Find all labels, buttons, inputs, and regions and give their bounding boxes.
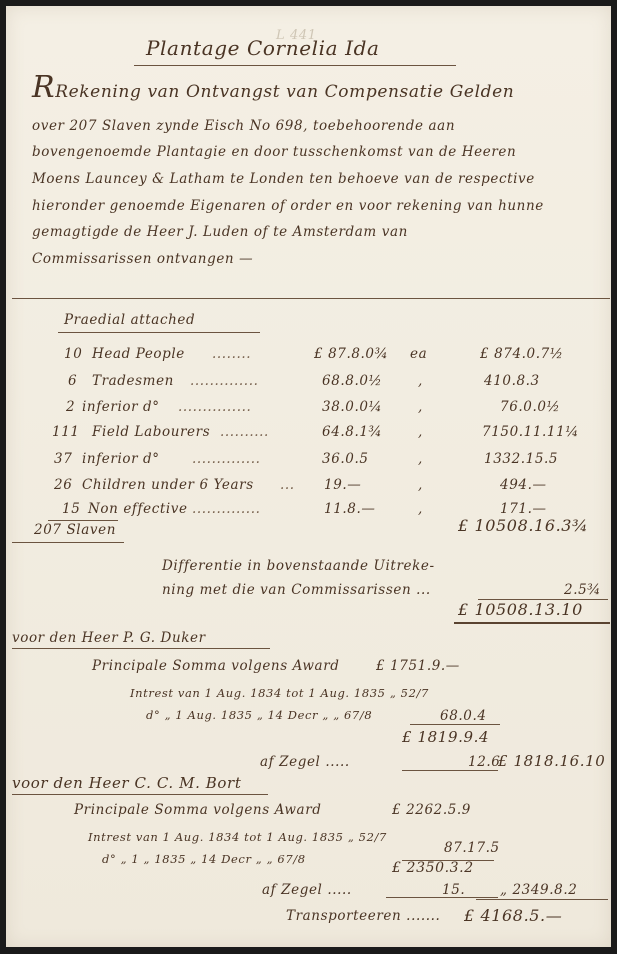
principal-label: Principale Somma volgens Award	[74, 802, 322, 818]
row-dots: ...	[280, 477, 295, 493]
row-dots: ..............	[190, 373, 258, 389]
account-net: £ 1818.16.10	[498, 752, 605, 770]
transport-label: Transporteeren .......	[286, 908, 440, 924]
difference-line-2: ning met die van Commissarissen ...	[162, 582, 431, 598]
interest-value: 87.17.5	[444, 840, 500, 856]
deduct-underline	[402, 770, 498, 771]
row-rate: 36.0.5	[322, 451, 369, 467]
account-net: „ 2349.8.2	[500, 882, 577, 898]
difference-value: 2.5¾	[564, 582, 601, 598]
intro-line-1: RRekening van Ontvangst van Compensatie …	[32, 70, 514, 105]
row-count: 26	[54, 477, 72, 493]
row-count: 37	[54, 451, 72, 467]
account-heading-duker: voor den Heer P. G. Duker	[12, 630, 206, 646]
row-total: 171.—	[500, 501, 547, 517]
section-heading-underline	[58, 332, 260, 333]
row-total: 7150.11.11¼	[482, 424, 579, 440]
deduct-label: af Zegel .....	[262, 882, 352, 898]
title-underline	[134, 65, 456, 66]
row-count: 111	[52, 424, 80, 440]
row-rate: 11.8.—	[324, 501, 375, 517]
intro-line-7: Commissarissen ontvangen —	[32, 251, 253, 267]
principal-value: £ 2262.5.9	[392, 802, 471, 818]
intro-line-2: over 207 Slaven zynde Eisch No 698, toeb…	[32, 118, 455, 134]
transport-value: £ 4168.5.—	[464, 906, 562, 925]
row-total: 494.—	[500, 477, 547, 493]
row-label: Field Labourers	[92, 424, 210, 440]
account-heading-bort: voor den Heer C. C. M. Bort	[12, 774, 241, 792]
document-title: Plantage Cornelia Ida	[146, 36, 380, 60]
deduct-value: 15.	[442, 882, 465, 898]
row-count: 6	[68, 373, 77, 389]
interest-value: 68.0.4	[440, 708, 487, 724]
row-dots: ..........	[220, 424, 269, 440]
row-rate: 64.8.1¾	[322, 424, 382, 440]
row-total: 410.8.3	[484, 373, 540, 389]
net-underline	[476, 899, 608, 900]
row-count: 2	[66, 399, 75, 415]
account-sum: £ 2350.3.2	[392, 860, 474, 876]
principal-value: £ 1751.9.—	[376, 658, 460, 674]
row-count: 15	[62, 501, 80, 517]
row-sep: ,	[418, 501, 423, 517]
row-rate: £ 87.8.0¾	[314, 346, 388, 362]
row-total: 1332.15.5	[484, 451, 558, 467]
row-rate: 38.0.0¼	[322, 399, 382, 415]
row-label: inferior d°	[82, 399, 160, 415]
intro-line-4: Moens Launcey & Latham te Londen ten beh…	[32, 171, 535, 187]
account-heading-underline	[12, 648, 270, 649]
intro-line-6: gemagtigde de Heer J. Luden of te Amster…	[32, 224, 408, 240]
row-label: Non effective	[88, 501, 188, 517]
row-dots: ..............	[192, 501, 260, 517]
row-label: Children under 6 Years	[82, 477, 254, 493]
deduct-label: af Zegel .....	[260, 754, 350, 770]
interest-line-2: d° „ 1 „ 1835 „ 14 Decr „ „ 67/8	[102, 852, 306, 866]
grand-total-double-rule	[454, 622, 610, 624]
row-sep: ,	[418, 424, 423, 440]
row-dots: ........	[212, 346, 251, 362]
deduct-value: 12.6	[468, 754, 500, 770]
deduct-underline	[386, 897, 498, 898]
row-sep: ,	[418, 477, 423, 493]
row-sep: ,	[418, 399, 423, 415]
section-heading: Praedial attached	[64, 312, 195, 328]
row-rate: 19.—	[324, 477, 361, 493]
interest-line-1: Intrest van 1 Aug. 1834 tot 1 Aug. 1835 …	[130, 686, 429, 700]
row-total: 76.0.0½	[500, 399, 560, 415]
account-sum: £ 1819.9.4	[402, 728, 489, 746]
row-label: Head People	[92, 346, 185, 362]
row-dots: ...............	[178, 399, 251, 415]
row-label: inferior d°	[82, 451, 160, 467]
row-dots: ..............	[192, 451, 260, 467]
section-divider	[12, 298, 610, 299]
intro-line-5: hieronder genoemde Eigenaren of order en…	[32, 198, 544, 214]
interest-line-1: Intrest van 1 Aug. 1834 tot 1 Aug. 1835 …	[88, 830, 387, 844]
interest-underline	[410, 724, 500, 725]
row-sep: ,	[418, 373, 423, 389]
principal-label: Principale Somma volgens Award	[92, 658, 340, 674]
row-total: £ 874.0.7½	[480, 346, 564, 362]
row-sep: ea	[410, 346, 427, 362]
row-count: 10	[64, 346, 82, 362]
account-heading-underline	[12, 794, 268, 795]
count-underline	[48, 520, 118, 521]
total-slaves-underline	[12, 542, 124, 543]
subtotal: £ 10508.16.3¾	[458, 516, 588, 535]
row-rate: 68.8.0½	[322, 373, 382, 389]
total-slaves: 207 Slaven	[34, 522, 116, 538]
difference-line-1: Differentie in bovenstaande Uitreke-	[162, 558, 435, 574]
interest-line-2: d° „ 1 Aug. 1835 „ 14 Decr „ „ 67/8	[146, 708, 372, 722]
row-sep: ,	[418, 451, 423, 467]
intro-line-3: bovengenoemde Plantagie en door tusschen…	[32, 144, 516, 160]
grand-total: £ 10508.13.10	[458, 600, 583, 619]
row-label: Tradesmen	[92, 373, 174, 389]
manuscript-page: L 441 Plantage Cornelia Ida RRekening va…	[6, 6, 611, 947]
